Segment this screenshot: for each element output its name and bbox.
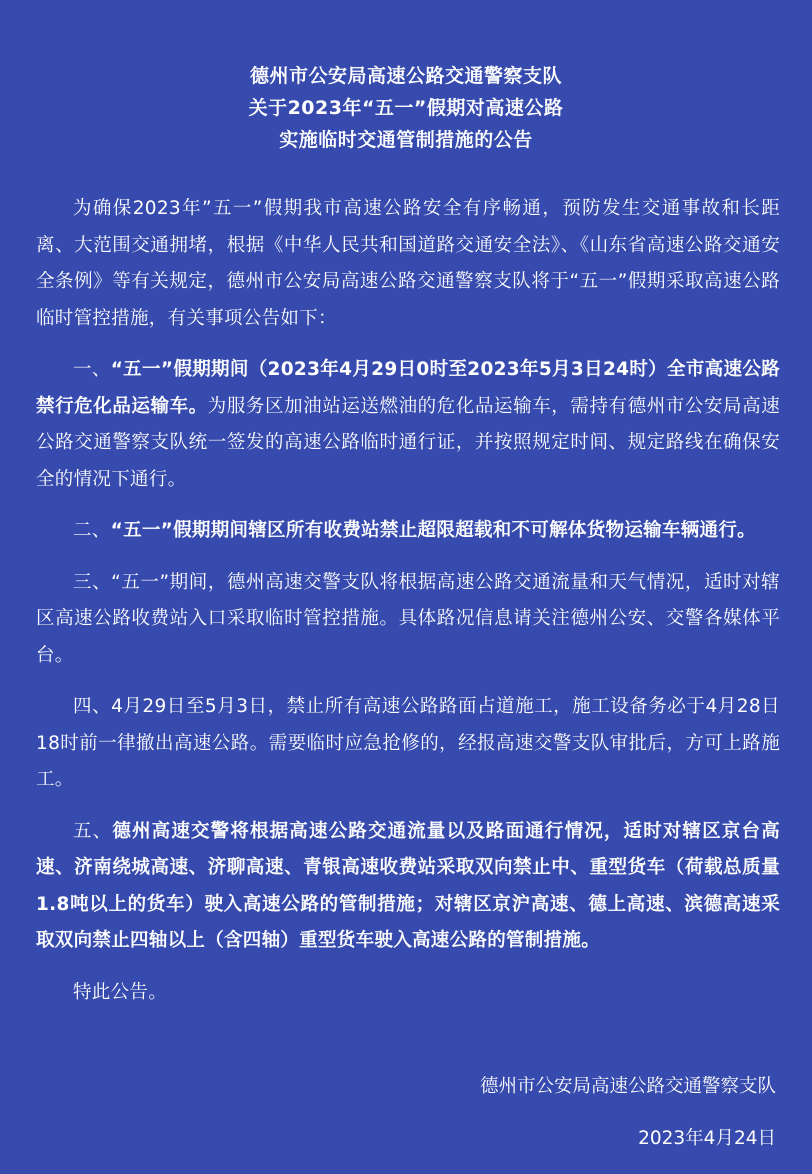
announcement-body: 为确保2023年”五一”假期我市高速公路安全有序畅通，预防发生交通事故和长距离、… <box>36 191 780 1026</box>
intro-paragraph: 为确保2023年”五一”假期我市高速公路安全有序畅通，预防发生交通事故和长距离、… <box>36 191 780 337</box>
signature-date: 2023年4月24日 <box>638 1124 776 1150</box>
signature-organization: 德州市公安局高速公路交通警察支队 <box>480 1072 776 1098</box>
title-line-3: 实施临时交通管制措施的公告 <box>0 124 812 156</box>
item-2-bold-text: “五一”假期期间辖区所有收费站禁止超限超载和不可解体货物运输车辆通行。 <box>111 520 756 541</box>
announcement-page: 德州市公安局高速公路交通警察支队 关于2023年“五一”假期对高速公路 实施临时… <box>0 0 812 1174</box>
item-2-paragraph: 二、“五一”假期期间辖区所有收费站禁止超限超载和不可解体货物运输车辆通行。 <box>36 513 780 550</box>
title-line-1: 德州市公安局高速公路交通警察支队 <box>0 60 812 92</box>
item-4-prefix: 四、 <box>73 696 111 717</box>
item-3-paragraph: 三、“五一”期间，德州高速交警支队将根据高速公路交通流量和天气情况，适时对辖区高… <box>36 565 780 675</box>
item-3-prefix: 三、 <box>73 572 111 593</box>
item-1-paragraph: 一、“五一”假期期间（2023年4月29日0时至2023年5月3日24时）全市高… <box>36 352 780 498</box>
closing-paragraph: 特此公告。 <box>36 975 780 1012</box>
item-5-prefix: 五、 <box>73 821 112 842</box>
item-4-text: 4月29日至5月3日，禁止所有高速公路路面占道施工，施工设备务必于4月28日18… <box>36 696 780 790</box>
announcement-title: 德州市公安局高速公路交通警察支队 关于2023年“五一”假期对高速公路 实施临时… <box>0 60 812 156</box>
item-3-text: “五一”期间，德州高速交警支队将根据高速公路交通流量和天气情况，适时对辖区高速公… <box>36 572 780 666</box>
item-1-prefix: 一、 <box>73 359 111 380</box>
item-2-prefix: 二、 <box>73 520 111 541</box>
item-5-bold-text: 德州高速交警将根据高速公路交通流量以及路面通行情况，适时对辖区京台高速、济南绕城… <box>36 821 780 952</box>
item-4-paragraph: 四、4月29日至5月3日，禁止所有高速公路路面占道施工，施工设备务必于4月28日… <box>36 689 780 799</box>
title-line-2: 关于2023年“五一”假期对高速公路 <box>0 92 812 124</box>
item-5-paragraph: 五、德州高速交警将根据高速公路交通流量以及路面通行情况，适时对辖区京台高速、济南… <box>36 814 780 960</box>
